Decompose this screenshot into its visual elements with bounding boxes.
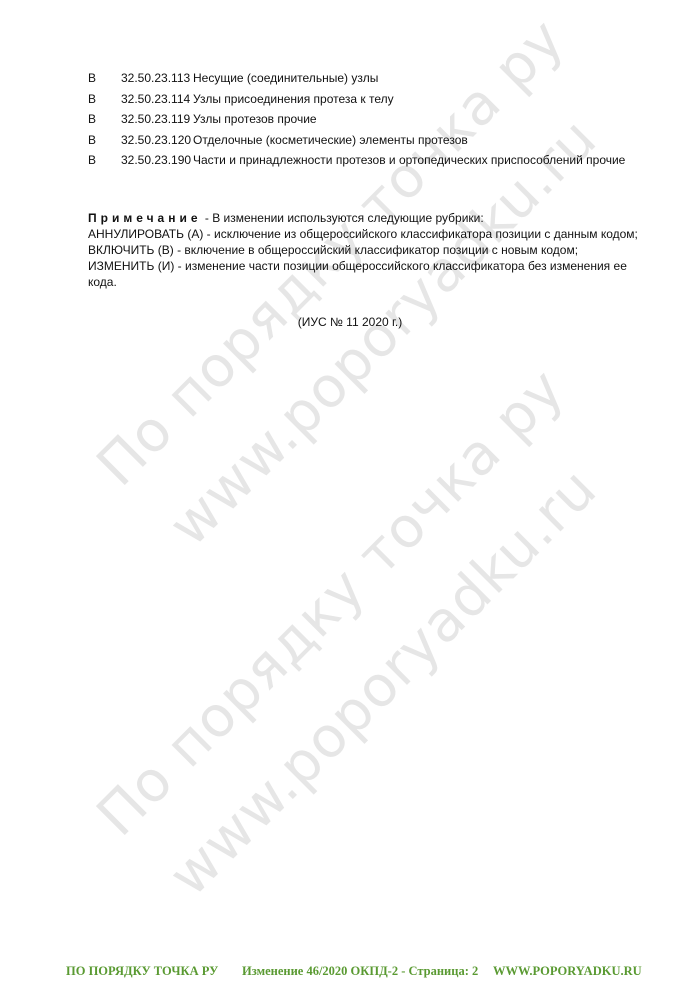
note-line-annul: АННУЛИРОВАТЬ (А) - исключение из общерос… [88,226,648,242]
row-mark: В [88,153,121,167]
row-code: 32.50.23.113 [121,71,193,85]
row-code: 32.50.23.120 [121,133,193,147]
row-text: Узлы присоединения протеза к телу [193,92,394,106]
classifier-rows: В 32.50.23.113 Несущие (соединительные) … [88,68,625,171]
row-text: Части и принадлежности протезов и ортопе… [193,153,625,167]
watermark-line2-bottom: www.poporyadku.ru [160,460,606,906]
row-text: Несущие (соединительные) узлы [193,71,378,85]
row-code: 32.50.23.119 [121,112,193,126]
ius-reference: (ИУС № 11 2020 г.) [0,315,700,329]
note-line-change: ИЗМЕНИТЬ (И) - изменение части позиции о… [88,258,648,290]
classifier-row: В 32.50.23.114 Узлы присоединения протез… [88,89,625,110]
classifier-row: В 32.50.23.190 Части и принадлежности пр… [88,150,625,171]
row-mark: В [88,133,121,147]
classifier-row: В 32.50.23.120 Отделочные (косметические… [88,130,625,151]
note-title: Примечание [88,211,202,225]
watermark-line1-bottom: По порядку точка ру [88,360,574,846]
row-text: Отделочные (косметические) элементы прот… [193,133,468,147]
note-line-include: ВКЛЮЧИТЬ (В) - включение в общероссийски… [88,242,648,258]
row-mark: В [88,92,121,106]
footer-url[interactable]: WWW.POPORYADKU.RU [493,964,642,979]
footer-page-info: Изменение 46/2020 ОКПД-2 - Страница: 2 [242,964,478,979]
row-code: 32.50.23.190 [121,153,193,167]
row-code: 32.50.23.114 [121,92,193,106]
note-intro: - В изменении используются следующие руб… [202,211,484,225]
row-mark: В [88,71,121,85]
classifier-row: В 32.50.23.119 Узлы протезов прочие [88,109,625,130]
classifier-row: В 32.50.23.113 Несущие (соединительные) … [88,68,625,89]
row-text: Узлы протезов прочие [193,112,317,126]
watermark-line2-top: www.poporyadku.ru [160,110,606,556]
note-block: Примечание - В изменении используются сл… [88,210,648,290]
footer-site-name: ПО ПОРЯДКУ ТОЧКА РУ [66,964,218,979]
row-mark: В [88,112,121,126]
